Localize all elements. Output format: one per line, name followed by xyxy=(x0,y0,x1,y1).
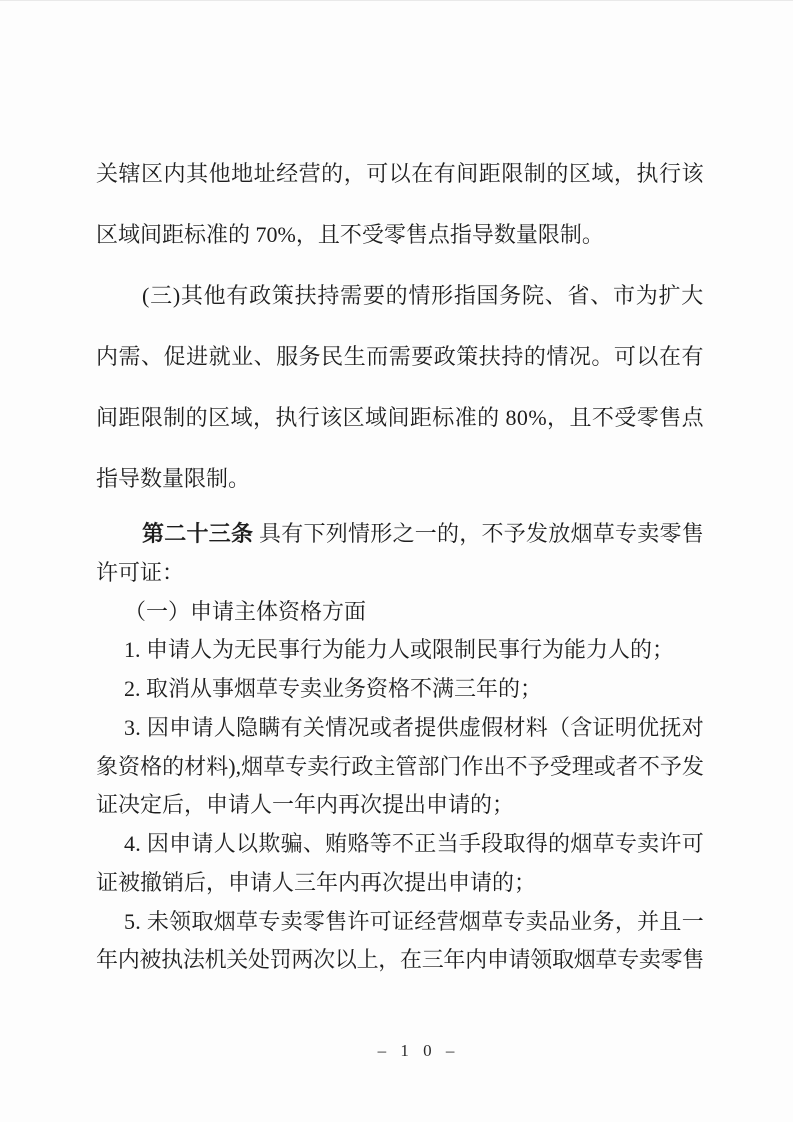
text-line: 区域间距标准的 70%，且不受零售点指导数量限制。 xyxy=(96,204,704,265)
text-line: 内需、促进就业、服务民生而需要政策扶持的情况。可以在有 xyxy=(96,326,704,387)
text-line: 2. 取消从事烟草专卖业务资格不满三年的； xyxy=(96,670,704,709)
document-page: 关辖区内其他地址经营的，可以在有间距限制的区域，执行该区域间距标准的 70%，且… xyxy=(0,0,793,1122)
text-line: 3. 因申请人隐瞒有关情况或者提供虚假材料（含证明优抚对 xyxy=(96,709,704,748)
text-line: 证被撤销后，申请人三年内再次提出申请的； xyxy=(96,864,704,903)
text-line: （一）申请主体资格方面 xyxy=(96,593,704,632)
text-line: (三)其他有政策扶持需要的情形指国务院、省、市为扩大 xyxy=(96,265,704,326)
text-line: 年内被执法机关处罚两次以上，在三年内申请领取烟草专卖零售 xyxy=(96,941,704,980)
page-footer: – 1 0 – xyxy=(22,1041,793,1061)
text-line: 指导数量限制。 xyxy=(96,448,704,509)
article-number: 第二十三条 xyxy=(142,521,253,546)
text-line: 1. 申请人为无民事行为能力人或限制民事行为能力人的； xyxy=(96,631,704,670)
text-line: 间距限制的区域，执行该区域间距标准的 80%，且不受零售点 xyxy=(96,387,704,448)
text-line: 第二十三条 具有下列情形之一的，不予发放烟草专卖零售 xyxy=(96,515,704,554)
page-number: – 1 0 – xyxy=(378,1041,460,1060)
text-line: 许可证： xyxy=(96,554,704,593)
text-line: 证决定后，申请人一年内再次提出申请的； xyxy=(96,786,704,825)
text-line: 象资格的材料),烟草专卖行政主管部门作出不予受理或者不予发 xyxy=(96,748,704,787)
body-text-section-wide: 关辖区内其他地址经营的，可以在有间距限制的区域，执行该区域间距标准的 70%，且… xyxy=(96,143,704,509)
body-text-section-normal: 第二十三条 具有下列情形之一的，不予发放烟草专卖零售许可证：（一）申请主体资格方… xyxy=(96,515,704,980)
text-line: 4. 因申请人以欺骗、贿赂等不正当手段取得的烟草专卖许可 xyxy=(96,825,704,864)
text-line: 关辖区内其他地址经营的，可以在有间距限制的区域，执行该 xyxy=(96,143,704,204)
text-line: 5. 未领取烟草专卖零售许可证经营烟草专卖品业务，并且一 xyxy=(96,903,704,942)
